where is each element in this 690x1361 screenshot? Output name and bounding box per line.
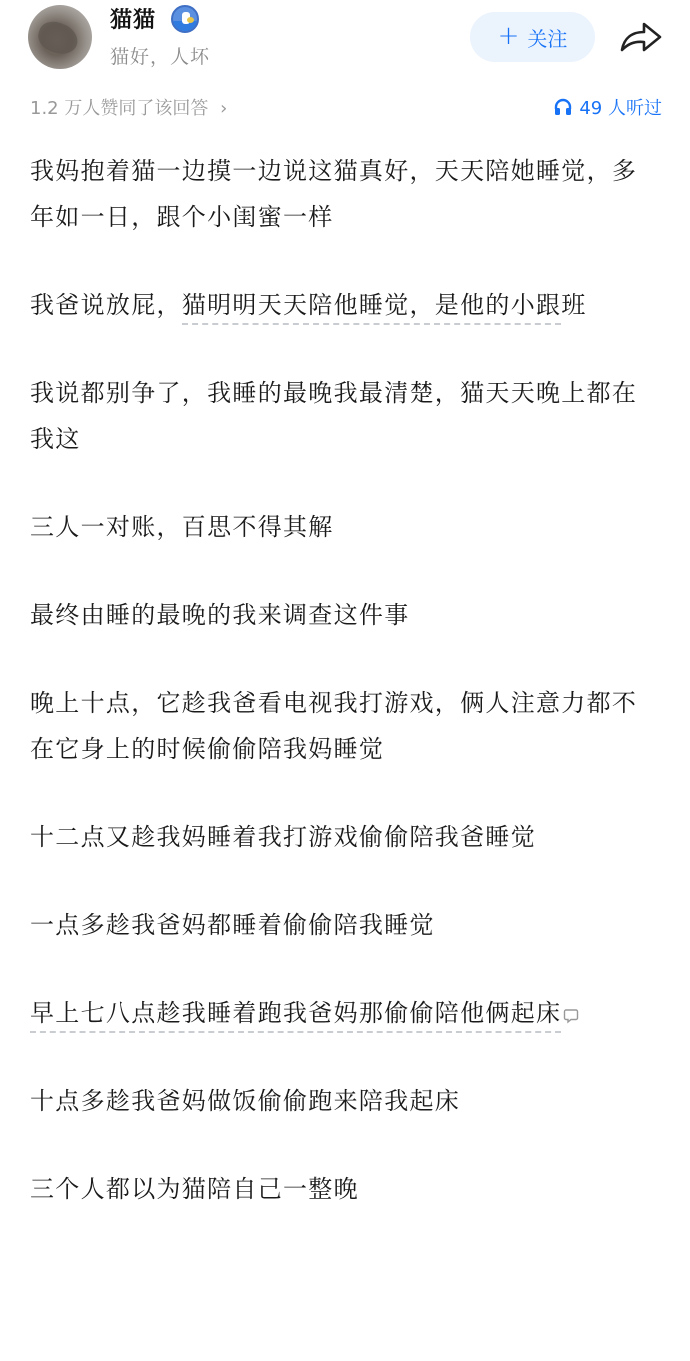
listen-count-text: 49 人听过 (579, 94, 662, 120)
plus-icon: + (498, 23, 520, 49)
listen-count-link[interactable]: 49 人听过 (553, 94, 662, 120)
verified-badge-icon[interactable] (171, 5, 199, 33)
highlighted-annotation[interactable]: 猫明明天天陪他睡觉，是他的小跟 (182, 291, 562, 325)
share-arrow-icon[interactable] (618, 20, 664, 56)
paragraph: 我妈抱着猫一边摸一边说这猫真好，天天陪她睡觉，多年如一日，跟个小闺蜜一样 (30, 148, 662, 240)
paragraph: 三个人都以为猫陪自己一整晚 (30, 1166, 662, 1212)
upvote-summary-link[interactable]: 1.2 万人赞同了该回答 › (30, 94, 227, 120)
paragraph: 三人一对账，百思不得其解 (30, 504, 662, 550)
answer-content: 我妈抱着猫一边摸一边说这猫真好，天天陪她睡觉，多年如一日，跟个小闺蜜一样 我爸说… (30, 148, 662, 1254)
answer-header: 猫猫 猫好，人坏 + 关注 (0, 0, 690, 90)
upvote-count-text: 1.2 万人赞同了该回答 (30, 98, 208, 119)
answer-meta: 1.2 万人赞同了该回答 › 49 人听过 (0, 94, 690, 122)
paragraph: 一点多趁我爸妈都睡着偷偷陪我睡觉 (30, 902, 662, 948)
paragraph-text: 我爸说放屁， (30, 291, 182, 319)
paragraph: 我说都别争了，我睡的最晚我最清楚，猫天天晚上都在我这 (30, 370, 662, 462)
author-name[interactable]: 猫猫 (110, 3, 156, 34)
follow-label: 关注 (527, 23, 567, 52)
paragraph: 早上七八点趁我睡着跑我爸妈那偷偷陪他俩起床 (30, 990, 662, 1036)
paragraph: 晚上十点，它趁我爸看电视我打游戏，俩人注意力都不在它身上的时候偷偷陪我妈睡觉 (30, 680, 662, 772)
paragraph: 十二点又趁我妈睡着我打游戏偷偷陪我爸睡觉 (30, 814, 662, 860)
chevron-right-icon: › (220, 98, 227, 119)
paragraph-text: 班 (561, 291, 586, 319)
headphones-icon (553, 97, 573, 117)
follow-button[interactable]: + 关注 (470, 12, 595, 62)
highlighted-annotation[interactable]: 早上七八点趁我睡着跑我爸妈那偷偷陪他俩起床 (30, 999, 561, 1033)
paragraph: 我爸说放屁，猫明明天天陪他睡觉，是他的小跟班 (30, 282, 662, 328)
paragraph: 最终由睡的最晚的我来调查这件事 (30, 592, 662, 638)
author-avatar[interactable] (28, 5, 92, 69)
comment-bubble-icon[interactable] (563, 1008, 579, 1024)
author-headline: 猫好，人坏 (110, 42, 210, 69)
paragraph: 十点多趁我爸妈做饭偷偷跑来陪我起床 (30, 1078, 662, 1124)
